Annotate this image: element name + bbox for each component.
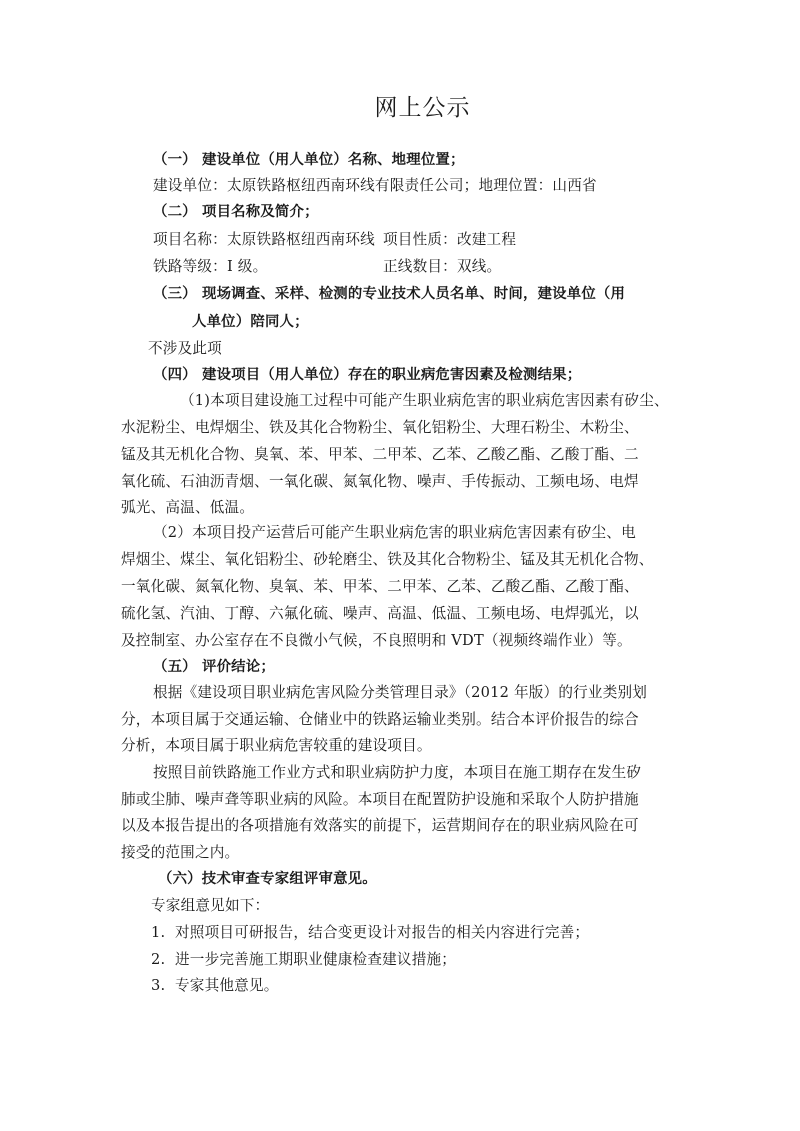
expert-opinion-intro: 专家组意见如下： <box>151 896 681 916</box>
section-5-para2-line: 以及本报告提出的各项措施有效落实的前提下，运营期间存在的职业病风险在可 <box>121 816 678 836</box>
section-6-heading: （六）技术审查专家组评审意见。 <box>158 869 688 889</box>
section-5-para2-line: 接受的范围之内。 <box>121 843 651 863</box>
section-1-heading: （一） 建设单位（用人单位）名称、地理位置； <box>153 150 683 170</box>
section-4-heading: （四） 建设项目（用人单位）存在的职业病危害因素及检测结果； <box>153 365 683 385</box>
section-4-para1-line: 水泥粉尘、电焊烟尘、铁及其化合物粉尘、氧化铝粉尘、大理石粉尘、木粉尘、 <box>121 418 678 438</box>
section-5-para2-line: 肺或尘肺、噪声聋等职业病的风险。本项目在配置防护设施和采取个人防护措施 <box>121 790 678 810</box>
section-4-para1-line: 氧化硫、石油沥青烟、一氧化碳、氮氧化物、噪声、手传振动、工频电场、电焊 <box>121 472 678 492</box>
section-4-para2-line: 硫化氢、汽油、丁醇、六氟化硫、噪声、高温、低温、工频电场、电焊弧光，以 <box>121 604 678 624</box>
section-4-para2-line: （2）本项目投产运营后可能产生职业病危害的职业病危害因素有矽尘、电 <box>153 523 678 543</box>
section-4-para1-line: （1)本项目建设施工过程中可能产生职业病危害的职业病危害因素有矽尘、 <box>180 391 678 411</box>
section-4-para1-line: 锰及其无机化合物、臭氧、苯、甲苯、二甲苯、乙苯、乙酸乙酯、乙酸丁酯、二 <box>121 445 678 465</box>
expert-opinion-item: 3. 专家其他意见。 <box>151 976 681 996</box>
section-3-line: 不涉及此项 <box>148 339 678 359</box>
section-3-heading: （三） 现场调查、采样、检测的专业技术人员名单、时间，建设单位（用 <box>153 284 683 304</box>
section-4-para1-line: 弧光、高温、低温。 <box>121 498 651 518</box>
section-4-para2-line: 焊烟尘、煤尘、氧化铝粉尘、砂轮磨尘、铁及其化合物粉尘、锰及其无机化合物、 <box>121 550 678 570</box>
expert-opinion-item: 1. 对照项目可研报告，结合变更设计对报告的相关内容进行完善； <box>151 923 681 943</box>
section-1-line: 建设单位：太原铁路枢纽西南环线有限责任公司；地理位置：山西省 <box>153 176 683 196</box>
section-5-para1-line: 分，本项目属于交通运输、仓储业中的铁路运输业类别。结合本评价报告的综合 <box>121 710 678 730</box>
section-5-para2-line: 按照目前铁路施工作业方式和职业病防护力度，本项目在施工期存在发生矽 <box>153 763 678 783</box>
page-title: 网上公示 <box>0 94 800 122</box>
main-line-count: 正线数目：双线。 <box>383 257 501 277</box>
section-3-heading-cont: 人单位）陪同人； <box>192 312 722 332</box>
section-5-para1-line: 根据《建设项目职业病危害风险分类管理目录》（2012 年版）的行业类别划 <box>153 683 678 703</box>
project-nature: 项目性质：改建工程 <box>383 230 516 250</box>
section-5-heading: （五） 评价结论； <box>153 657 683 677</box>
document-page: 网上公示 （一） 建设单位（用人单位）名称、地理位置； 建设单位：太原铁路枢纽西… <box>0 0 800 1131</box>
section-2-heading: （二） 项目名称及简介； <box>153 202 683 222</box>
section-4-para2-line: 一氧化碳、氮氧化物、臭氧、苯、甲苯、二甲苯、乙苯、乙酸乙酯、乙酸丁酯、 <box>121 577 678 597</box>
expert-opinion-item: 2. 进一步完善施工期职业健康检查建议措施； <box>151 950 681 970</box>
section-5-para1-line: 分析，本项目属于职业病危害较重的建设项目。 <box>121 736 651 756</box>
section-4-para2-line: 及控制室、办公室存在不良微小气候，不良照明和 VDT（视频终端作业）等。 <box>121 631 678 651</box>
